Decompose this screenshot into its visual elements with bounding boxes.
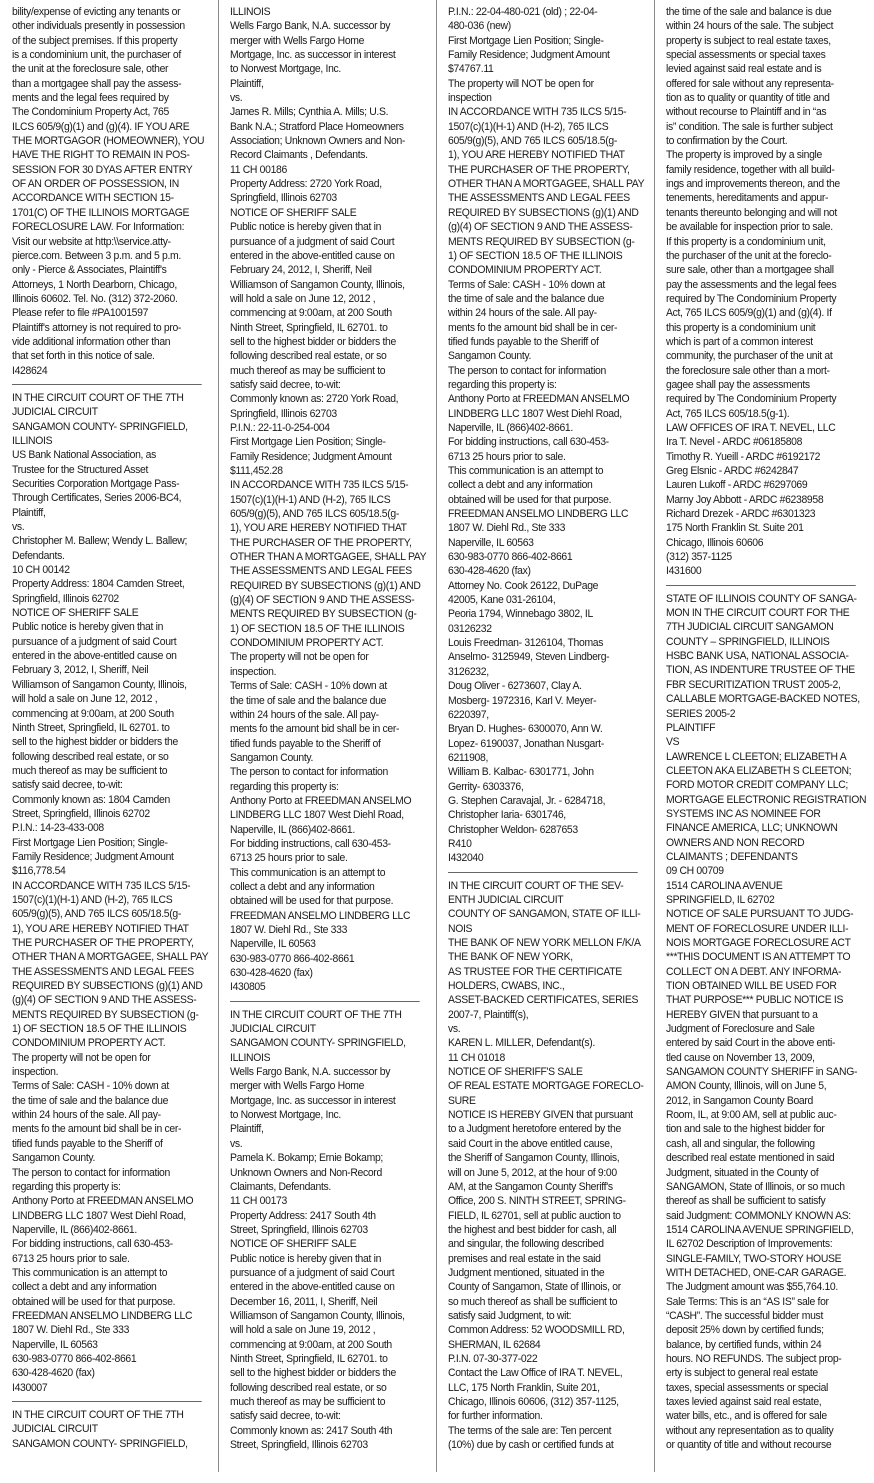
notice-text-line: pursuance of a judgment of said Court bbox=[230, 1266, 426, 1280]
notice-text-line: tified funds payable to the Sheriff of bbox=[230, 737, 426, 751]
notice-text-line: following described real estate, or so bbox=[230, 1381, 426, 1395]
notice-text-line: (312) 357-1125 bbox=[666, 550, 862, 564]
notice-text-line: ments and the legal fees required by bbox=[12, 91, 208, 105]
notice-text-line: IN THE CIRCUIT COURT OF THE 7TH bbox=[12, 1408, 208, 1422]
notice-text-line: 11 CH 00173 bbox=[230, 1194, 426, 1208]
notice-text-line: Securities Corporation Mortgage Pass- bbox=[12, 477, 208, 491]
notice-text-line: within 24 hours of the sale. All pay- bbox=[448, 306, 644, 320]
notice-text-line: For bidding instructions, call 630-453- bbox=[230, 837, 426, 851]
notice-text-line: cash, all and singular, the following bbox=[666, 1137, 862, 1151]
notice-text-line: FIELD, IL 62701, sell at public auction … bbox=[448, 1209, 644, 1223]
notice-text-line: Unknown Owners and Non-Record bbox=[230, 1166, 426, 1180]
notice-separator-rule bbox=[448, 872, 638, 873]
notice-text-line: which is part of a common interest bbox=[666, 335, 862, 349]
notice-text-line: $116,778.54 bbox=[12, 864, 208, 878]
notice-text-line: Street, Springfield, Illinois 62703 bbox=[230, 1223, 426, 1237]
notice-text-line: to Norwest Mortgage, Inc. bbox=[230, 1108, 426, 1122]
notice-text-line: Commonly known as: 1804 Camden bbox=[12, 793, 208, 807]
notice-text-line: MENTS REQUIRED BY SUBSECTION (g- bbox=[12, 1008, 208, 1022]
notice-text-line: only - Pierce & Associates, Plaintiff's bbox=[12, 263, 208, 277]
column-1: bility/expense of evicting any tenants o… bbox=[12, 5, 208, 1451]
notice-text-line: Sangamon County. bbox=[448, 349, 644, 363]
notice-text-line: pierce.com. Between 3 p.m. and 5 p.m. bbox=[12, 249, 208, 263]
notice-text-line: Defendants. bbox=[12, 549, 208, 563]
notice-text-line: SANGAMON, State of Illinois, or so much bbox=[666, 1180, 862, 1194]
notice-text-line: Plaintiff, bbox=[230, 1122, 426, 1136]
notice-text-line: Plaintiff, bbox=[12, 506, 208, 520]
notice-text-line: County of Sangamon, State of Illinois, o… bbox=[448, 1280, 644, 1294]
notice-text-line: Bryan D. Hughes- 6300070, Ann W. bbox=[448, 722, 644, 736]
column-4: the time of the sale and balance is duew… bbox=[666, 5, 862, 1452]
notice-text-line: Greg Elsnic - ARDC #6242847 bbox=[666, 464, 862, 478]
notice-text-line: Act, 765 ILCS 605/9(g)(1) and (g)(4). If bbox=[666, 306, 862, 320]
notice-text-line: IN THE CIRCUIT COURT OF THE SEV- bbox=[448, 879, 644, 893]
notice-text-line: Common Address: 52 WOODSMILL RD, bbox=[448, 1323, 644, 1337]
notice-text-line: For bidding instructions, call 630-453- bbox=[12, 1237, 208, 1251]
notice-text-line: 630-428-4620 (fax) bbox=[448, 564, 644, 578]
notice-text-line: IN THE CIRCUIT COURT OF THE 7TH bbox=[12, 391, 208, 405]
notice-text-line: Lopez- 6190037, Jonathan Nusgart- bbox=[448, 737, 644, 751]
notice-text-line: Naperville, IL (866)402-8661. bbox=[448, 421, 644, 435]
notice-text-line: 630-983-0770 866-402-8661 bbox=[448, 550, 644, 564]
notice-text-line: LAWRENCE L CLEETON; ELIZABETH A bbox=[666, 750, 862, 764]
notice-text-line: collect a debt and any information bbox=[12, 1280, 208, 1294]
notice-text-line: Sale Terms: This is an “AS IS” sale for bbox=[666, 1295, 862, 1309]
notice-text-line: following described real estate, or so bbox=[230, 349, 426, 363]
notice-text-line: December 16, 2011, I, Sheriff, Neil bbox=[230, 1295, 426, 1309]
notice-text-line: I430007 bbox=[12, 1381, 208, 1395]
notice-text-line: 11 CH 00186 bbox=[230, 163, 426, 177]
notice-text-line: LINDBERG LLC 1807 West Diehl Road, bbox=[448, 407, 644, 421]
notice-text-line: OTHER THAN A MORTGAGEE, SHALL PAY bbox=[230, 550, 426, 564]
notice-text-line: Christopher Weldon- 6287653 bbox=[448, 823, 644, 837]
notice-text-line: or quantity of title and without recours… bbox=[666, 1438, 862, 1452]
notice-text-line: Louis Freedman- 3126104, Thomas bbox=[448, 636, 644, 650]
notice-text-line: commencing at 9:00am, at 200 South bbox=[230, 1338, 426, 1352]
notice-text-line: SANGAMON COUNTY- SPRINGFIELD, bbox=[12, 420, 208, 434]
notice-text-line: HOLDERS, CWABS, INC., bbox=[448, 979, 644, 993]
notice-text-line: Doug Oliver - 6273607, Clay A. bbox=[448, 679, 644, 693]
notice-text-line: REQUIRED BY SUBSECTIONS (g)(1) AND bbox=[230, 579, 426, 593]
notice-text-line: THAT PURPOSE*** PUBLIC NOTICE IS bbox=[666, 993, 862, 1007]
notice-text-line: NOTICE OF SHERIFF SALE bbox=[230, 206, 426, 220]
notice-text-line: SANGAMON COUNTY- SPRINGFIELD, bbox=[12, 1437, 208, 1451]
notice-text-line: for further information. bbox=[448, 1409, 644, 1423]
notice-text-line: SANGAMON COUNTY- SPRINGFIELD, bbox=[230, 1036, 426, 1050]
notice-text-line: 480-036 (new) bbox=[448, 19, 644, 33]
notice-text-line: LAW OFFICES OF IRA T. NEVEL, LLC bbox=[666, 421, 862, 435]
notice-text-line: 1507(c)(1)(H-1) AND (H-2), 765 ILCS bbox=[230, 493, 426, 507]
notice-text-line: Anthony Porto at FREEDMAN ANSELMO bbox=[448, 392, 644, 406]
notice-text-line: 1807 W. Diehl Rd., Ste 333 bbox=[448, 521, 644, 535]
notice-text-line: P.I.N. 07-30-377-022 bbox=[448, 1352, 644, 1366]
notice-text-line: regarding this property is: bbox=[230, 780, 426, 794]
notice-text-line: satisfy said decree, to-wit: bbox=[230, 1409, 426, 1423]
notice-text-line: HEREBY GIVEN that pursuant to a bbox=[666, 1008, 862, 1022]
notice-text-line: the unit at the foreclosure sale, other bbox=[12, 62, 208, 76]
notice-text-line: Mortgage, Inc. as successor in interest bbox=[230, 48, 426, 62]
notice-text-line: Mortgage, Inc. as successor in interest bbox=[230, 1094, 426, 1108]
notice-text-line: 605/9(g)(5), AND 765 ILCS 605/18.5(g- bbox=[230, 507, 426, 521]
notice-text-line: gagee shall pay the assessments bbox=[666, 378, 862, 392]
notice-text-line: within 24 hours of the sale. All pay- bbox=[12, 1108, 208, 1122]
notice-text-line: IL 62702 Description of Improvements: bbox=[666, 1237, 862, 1251]
notice-text-line: satisfy said decree, to-wit: bbox=[230, 378, 426, 392]
notice-text-line: 6713 25 hours prior to sale. bbox=[230, 851, 426, 865]
notice-text-line: Chicago, Illinois 60606 bbox=[666, 536, 862, 550]
notice-text-line: to confirmation by the Court. bbox=[666, 134, 862, 148]
notice-text-line: Naperville, IL (866)402-8661. bbox=[230, 823, 426, 837]
legal-notices-page: bility/expense of evicting any tenants o… bbox=[0, 0, 874, 1483]
notice-text-line: Ninth Street, Springfield, IL 62701. to bbox=[12, 721, 208, 735]
notice-text-line: Attorney No. Cook 26122, DuPage bbox=[448, 579, 644, 593]
notice-text-line: Public notice is hereby given that in bbox=[12, 620, 208, 634]
notice-separator-rule bbox=[12, 1401, 202, 1402]
notice-text-line: THE PURCHASER OF THE PROPERTY, bbox=[448, 163, 644, 177]
notice-text-line: Plaintiff, bbox=[230, 77, 426, 91]
notice-text-line: Contact the Law Office of IRA T. NEVEL, bbox=[448, 1366, 644, 1380]
notice-text-line: CLEETON AKA ELIZABETH S CLEETON; bbox=[666, 764, 862, 778]
legal-notice: STATE OF ILLINOIS COUNTY OF SANGA-MON IN… bbox=[666, 592, 862, 1453]
notice-text-line: balance, by certified funds, within 24 bbox=[666, 1338, 862, 1352]
notice-text-line: tified funds payable to the Sheriff of bbox=[12, 1137, 208, 1151]
notice-text-line: The terms of the sale are: Ten percent bbox=[448, 1424, 644, 1438]
legal-notice: P.I.N.: 22-04-480-021 (old) ; 22-04-480-… bbox=[448, 5, 644, 866]
notice-text-line: 7TH JUDICIAL CIRCUIT SANGAMON bbox=[666, 620, 862, 634]
notice-text-line: THE BANK OF NEW YORK, bbox=[448, 950, 644, 964]
notice-text-line: NOTICE OF SALE PURSUANT TO JUDG- bbox=[666, 907, 862, 921]
notice-text-line: ings and improvements thereon, and the bbox=[666, 177, 862, 191]
notice-text-line: hours. NO REFUNDS. The subject prop- bbox=[666, 1352, 862, 1366]
notice-text-line: P.I.N.: 22-04-480-021 (old) ; 22-04- bbox=[448, 5, 644, 19]
notice-text-line: tled cause on November 13, 2009, bbox=[666, 1051, 862, 1065]
notice-text-line: 1), YOU ARE HEREBY NOTIFIED THAT bbox=[230, 521, 426, 535]
notice-text-line: the time of sale and the balance due bbox=[12, 1094, 208, 1108]
column-divider bbox=[218, 0, 219, 1472]
notice-text-line: Property Address: 1804 Camden Street, bbox=[12, 577, 208, 591]
notice-text-line: Williamson of Sangamon County, Illinois, bbox=[230, 278, 426, 292]
notice-text-line: entered in the above-entitled cause on bbox=[230, 1280, 426, 1294]
notice-text-line: Chicago, Illinois 60606, (312) 357-1125, bbox=[448, 1395, 644, 1409]
notice-text-line: This communication is an attempt to bbox=[230, 866, 426, 880]
notice-text-line: HAVE THE RIGHT TO REMAIN IN POS- bbox=[12, 148, 208, 162]
notice-text-line: Family Residence; Judgment Amount bbox=[12, 850, 208, 864]
notice-text-line: This communication is an attempt to bbox=[12, 1266, 208, 1280]
notice-text-line: AS TRUSTEE FOR THE CERTIFICATE bbox=[448, 965, 644, 979]
notice-separator-rule bbox=[12, 384, 202, 385]
notice-text-line: property is subject to real estate taxes… bbox=[666, 34, 862, 48]
notice-text-line: 605/9(g)(5), AND 765 ILCS 605/18.5(g- bbox=[12, 907, 208, 921]
notice-text-line: so much thereof as shall be sufficient t… bbox=[448, 1295, 644, 1309]
notice-text-line: February 3, 2012, I, Sheriff, Neil bbox=[12, 663, 208, 677]
notice-text-line: Property Address: 2417 South 4th bbox=[230, 1209, 426, 1223]
notice-text-line: (10%) due by cash or certified funds at bbox=[448, 1438, 644, 1452]
notice-text-line: SURE bbox=[448, 1094, 644, 1108]
notice-text-line: without any representation as to quality bbox=[666, 1424, 862, 1438]
notice-text-line: community, the purchaser of the unit at bbox=[666, 349, 862, 363]
notice-text-line: P.I.N.: 14-23-433-008 bbox=[12, 821, 208, 835]
notice-text-line: pursuance of a judgment of said Court bbox=[12, 635, 208, 649]
notice-text-line: 1701(C) OF THE ILLINOIS MORTGAGE bbox=[12, 206, 208, 220]
notice-text-line: much thereof as may be sufficient to bbox=[230, 364, 426, 378]
notice-text-line: AMON County, Illinois, will on June 5, bbox=[666, 1079, 862, 1093]
notice-text-line: 6713 25 hours prior to sale. bbox=[448, 450, 644, 464]
notice-text-line: 1514 CAROLINA AVENUE SPRINGFIELD, bbox=[666, 1223, 862, 1237]
notice-text-line: HSBC BANK USA, NATIONAL ASSOCIA- bbox=[666, 649, 862, 663]
notice-text-line: Terms of Sale: CASH - 10% down at bbox=[230, 679, 426, 693]
notice-text-line: February 24, 2012, I, Sheriff, Neil bbox=[230, 263, 426, 277]
notice-text-line: tion and sale to the highest bidder for bbox=[666, 1122, 862, 1136]
notice-text-line: PLAINTIFF bbox=[666, 721, 862, 735]
notice-text-line: Family Residence; Judgment Amount bbox=[230, 450, 426, 464]
notice-text-line: Through Certificates, Series 2006-BC4, bbox=[12, 491, 208, 505]
notice-text-line: inspection bbox=[448, 91, 644, 105]
notice-text-line: Anselmo- 3125949, Steven Lindberg- bbox=[448, 650, 644, 664]
notice-text-line: The Condominium Property Act, 765 bbox=[12, 105, 208, 119]
column-divider bbox=[436, 0, 437, 1472]
notice-text-line: THE ASSESSMENTS AND LEGAL FEES bbox=[230, 564, 426, 578]
notice-text-line: THE ASSESSMENTS AND LEGAL FEES bbox=[448, 191, 644, 205]
notice-text-line: 1) OF SECTION 18.5 OF THE ILLINOIS bbox=[12, 1022, 208, 1036]
notice-text-line: Judgment, situated in the County of bbox=[666, 1166, 862, 1180]
notice-text-line: the foreclosure sale other than a mort- bbox=[666, 364, 862, 378]
notice-text-line: The person to contact for information bbox=[12, 1166, 208, 1180]
notice-text-line: much thereof as may be sufficient to bbox=[230, 1395, 426, 1409]
notice-text-line: collect a debt and any information bbox=[448, 478, 644, 492]
notice-text-line: MENT OF FORECLOSURE UNDER ILLI- bbox=[666, 922, 862, 936]
legal-notice: IN THE CIRCUIT COURT OF THE 7THJUDICIAL … bbox=[12, 391, 208, 1395]
notice-text-line: ILLINOIS bbox=[230, 5, 426, 19]
notice-text-line: WITH DETACHED, ONE-CAR GARAGE. bbox=[666, 1266, 862, 1280]
notice-text-line: NOTICE OF SHERIFF'S SALE bbox=[448, 1065, 644, 1079]
notice-text-line: Richard Drezek - ARDC #6301323 bbox=[666, 507, 862, 521]
notice-text-line: JUDICIAL CIRCUIT bbox=[230, 1022, 426, 1036]
notice-text-line: than a mortgagee shall pay the assess- bbox=[12, 77, 208, 91]
notice-text-line: REQUIRED BY SUBSECTIONS (g)(1) AND bbox=[12, 979, 208, 993]
notice-text-line: THE BANK OF NEW YORK MELLON F/K/A bbox=[448, 936, 644, 950]
notice-text-line: First Mortgage Lien Position; Single- bbox=[448, 34, 644, 48]
notice-text-line: bility/expense of evicting any tenants o… bbox=[12, 5, 208, 19]
notice-text-line: Ira T. Nevel - ARDC #06185808 bbox=[666, 435, 862, 449]
notice-text-line: is a condominium unit, the purchaser of bbox=[12, 48, 208, 62]
notice-text-line: Naperville, IL 60563 bbox=[230, 937, 426, 951]
notice-text-line: taxes, special assessments or special bbox=[666, 1381, 862, 1395]
notice-text-line: following described real estate, or so bbox=[12, 750, 208, 764]
notice-text-line: P.I.N.: 22-11-0-254-004 bbox=[230, 421, 426, 435]
notice-text-line: TION, AS INDENTURE TRUSTEE OF THE bbox=[666, 663, 862, 677]
notice-text-line: MON IN THE CIRCUIT COURT FOR THE bbox=[666, 606, 862, 620]
notice-text-line: merger with Wells Fargo Home bbox=[230, 34, 426, 48]
notice-text-line: 1514 CAROLINA AVENUE bbox=[666, 879, 862, 893]
notice-text-line: regarding this property is: bbox=[12, 1180, 208, 1194]
notice-text-line: will hold a sale on June 12, 2012 , bbox=[230, 292, 426, 306]
notice-text-line: 630-983-0770 866-402-8661 bbox=[12, 1352, 208, 1366]
notice-text-line: will on June 5, 2012, at the hour of 9:0… bbox=[448, 1166, 644, 1180]
notice-text-line: much thereof as may be sufficient to bbox=[12, 764, 208, 778]
notice-text-line: regarding this property is: bbox=[448, 378, 644, 392]
notice-text-line: inspection. bbox=[230, 665, 426, 679]
notice-text-line: Lauren Lukoff - ARDC #6297069 bbox=[666, 478, 862, 492]
notice-text-line: described real estate mentioned in said bbox=[666, 1151, 862, 1165]
notice-text-line: Ninth Street, Springfield, IL 62701. to bbox=[230, 321, 426, 335]
legal-notice: the time of the sale and balance is duew… bbox=[666, 5, 862, 579]
notice-text-line: offered for sale without any representa- bbox=[666, 77, 862, 91]
notice-text-line: entered in the above-entitled cause on bbox=[12, 649, 208, 663]
notice-text-line: is” condition. The sale is further subje… bbox=[666, 120, 862, 134]
notice-text-line: to Norwest Mortgage, Inc. bbox=[230, 62, 426, 76]
notice-separator-rule bbox=[666, 585, 856, 586]
notice-text-line: merger with Wells Fargo Home bbox=[230, 1079, 426, 1093]
notice-text-line: ILCS 605/9(g)(1) and (g)(4). IF YOU ARE bbox=[12, 120, 208, 134]
notice-text-line: ments fo the amount bid shall be in cer- bbox=[230, 722, 426, 736]
notice-text-line: FBR SECURITIZATION TRUST 2005-2, bbox=[666, 678, 862, 692]
notice-text-line: vide additional information other than bbox=[12, 335, 208, 349]
notice-text-line: Peoria 1794, Winnebago 3802, IL bbox=[448, 607, 644, 621]
notice-text-line: The Judgment amount was $55,764.10. bbox=[666, 1280, 862, 1294]
notice-text-line: thereof as shall be sufficient to satisf… bbox=[666, 1194, 862, 1208]
notice-text-line: IN ACCORDANCE WITH 735 ILCS 5/15- bbox=[448, 105, 644, 119]
notice-text-line: SYSTEMS INC AS NOMINEE FOR bbox=[666, 807, 862, 821]
notice-text-line: without recourse to Plaintiff and in “as bbox=[666, 105, 862, 119]
notice-text-line: Record Claimants , Defendants. bbox=[230, 148, 426, 162]
notice-text-line: Public notice is hereby given that in bbox=[230, 1252, 426, 1266]
notice-text-line: THE PURCHASER OF THE PROPERTY, bbox=[230, 536, 426, 550]
notice-text-line: obtained will be used for that purpose. bbox=[12, 1295, 208, 1309]
notice-text-line: within 24 hours of the sale. The subject bbox=[666, 19, 862, 33]
notice-text-line: Timothy R. Yueill - ARDC #6192172 bbox=[666, 450, 862, 464]
notice-text-line: Please refer to file #PA1001597 bbox=[12, 306, 208, 320]
notice-text-line: 175 North Franklin St. Suite 201 bbox=[666, 521, 862, 535]
notice-text-line: Springfield, Illinois 62702 bbox=[12, 592, 208, 606]
notice-text-line: I430805 bbox=[230, 980, 426, 994]
notice-text-line: said Court in the above entitled cause, bbox=[448, 1137, 644, 1151]
column-2: ILLINOISWells Fargo Bank, N.A. successor… bbox=[230, 5, 426, 1452]
notice-text-line: IN THE CIRCUIT COURT OF THE 7TH bbox=[230, 1008, 426, 1022]
notice-text-line: 630-428-4620 (fax) bbox=[12, 1366, 208, 1380]
notice-text-line: Springfield, Illinois 62703 bbox=[230, 191, 426, 205]
notice-text-line: TION OBTAINED WILL BE USED FOR bbox=[666, 979, 862, 993]
notice-text-line: sell to the highest bidder or bidders th… bbox=[12, 735, 208, 749]
notice-text-line: 42005, Kane 031-26104, bbox=[448, 593, 644, 607]
notice-text-line: The property will not be open for bbox=[12, 1051, 208, 1065]
notice-text-line: Plaintiff's attorney is not required to … bbox=[12, 321, 208, 335]
notice-text-line: required by The Condominium Property bbox=[666, 292, 862, 306]
notice-text-line: entered in the above-entitled cause on bbox=[230, 249, 426, 263]
notice-text-line: William B. Kalbac- 6301771, John bbox=[448, 765, 644, 779]
notice-text-line: Family Residence; Judgment Amount bbox=[448, 48, 644, 62]
notice-text-line: Naperville, IL 60563 bbox=[12, 1338, 208, 1352]
notice-text-line: levied against said real estate and is bbox=[666, 62, 862, 76]
notice-text-line: the time of sale and the balance due bbox=[448, 292, 644, 306]
notice-text-line: SERIES 2005-2 bbox=[666, 707, 862, 721]
notice-text-line: James R. Mills; Cynthia A. Mills; U.S. bbox=[230, 105, 426, 119]
notice-text-line: (g)(4) OF SECTION 9 AND THE ASSESS- bbox=[448, 220, 644, 234]
notice-text-line: Mosberg- 1972316, Karl V. Meyer- bbox=[448, 694, 644, 708]
notice-text-line: MENTS REQUIRED BY SUBSECTION (g- bbox=[448, 235, 644, 249]
notice-text-line: CONDOMINIUM PROPERTY ACT. bbox=[12, 1036, 208, 1050]
notice-text-line: Marny Joy Abbott - ARDC #6238958 bbox=[666, 493, 862, 507]
notice-text-line: 1807 W. Diehl Rd., Ste 333 bbox=[12, 1323, 208, 1337]
notice-text-line: First Mortgage Lien Position; Single- bbox=[230, 435, 426, 449]
notice-text-line: SINGLE-FAMILY, TWO-STORY HOUSE bbox=[666, 1252, 862, 1266]
notice-text-line: Christopher Iaria- 6301746, bbox=[448, 808, 644, 822]
notice-text-line: required by The Condominium Property bbox=[666, 392, 862, 406]
notice-text-line: 2007-7, Plaintiff(s), bbox=[448, 1008, 644, 1022]
notice-text-line: 605/9(g)(5), AND 765 ILCS 605/18.5(g- bbox=[448, 134, 644, 148]
notice-text-line: taxes levied against said real estate, bbox=[666, 1395, 862, 1409]
notice-text-line: commencing at 9:00am, at 200 South bbox=[12, 707, 208, 721]
notice-text-line: of the subject premises. If this propert… bbox=[12, 34, 208, 48]
notice-text-line: LINDBERG LLC 1807 West Diehl Road, bbox=[230, 808, 426, 822]
notice-text-line: 1807 W. Diehl Rd., Ste 333 bbox=[230, 923, 426, 937]
notice-text-line: premises and real estate in the said bbox=[448, 1252, 644, 1266]
notice-text-line: 10 CH 00142 bbox=[12, 563, 208, 577]
notice-text-line: 6211908, bbox=[448, 751, 644, 765]
notice-text-line: the purchaser of the unit at the foreclo… bbox=[666, 249, 862, 263]
notice-text-line: other individuals presently in possessio… bbox=[12, 19, 208, 33]
notice-text-line: THE PURCHASER OF THE PROPERTY, bbox=[12, 936, 208, 950]
notice-text-line: erty is subject to general real estate bbox=[666, 1366, 862, 1380]
notice-text-line: will hold a sale on June 19, 2012 , bbox=[230, 1323, 426, 1337]
notice-text-line: The person to contact for information bbox=[448, 364, 644, 378]
notice-text-line: Street, Springfield, Illinois 62702 bbox=[12, 807, 208, 821]
notice-text-line: (g)(4) OF SECTION 9 AND THE ASSESS- bbox=[230, 593, 426, 607]
notice-text-line: This communication is an attempt to bbox=[448, 464, 644, 478]
notice-text-line: will hold a sale on June 12, 2012 , bbox=[12, 692, 208, 706]
notice-text-line: said Judgment: COMMONLY KNOWN AS: bbox=[666, 1209, 862, 1223]
notice-text-line: tion as to quality or quantity of title … bbox=[666, 91, 862, 105]
notice-text-line: OF AN ORDER OF POSSESSION, IN bbox=[12, 177, 208, 191]
notice-text-line: LLC, 175 North Franklin, Suite 201, bbox=[448, 1381, 644, 1395]
notice-text-line: Sangamon County. bbox=[12, 1151, 208, 1165]
notice-text-line: within 24 hours of the sale. All pay- bbox=[230, 708, 426, 722]
notice-text-line: MENTS REQUIRED BY SUBSECTION (g- bbox=[230, 607, 426, 621]
notice-text-line: R410 bbox=[448, 837, 644, 851]
notice-text-line: The property will NOT be open for bbox=[448, 77, 644, 91]
notice-text-line: $74767.11 bbox=[448, 62, 644, 76]
notice-text-line: that set forth in this notice of sale. bbox=[12, 349, 208, 363]
notice-text-line: OF REAL ESTATE MORTGAGE FORECLO- bbox=[448, 1079, 644, 1093]
notice-text-line: Judgment mentioned, situated in the bbox=[448, 1266, 644, 1280]
notice-text-line: tenements, hereditaments and appur- bbox=[666, 191, 862, 205]
notice-text-line: sure sale, other than a mortgagee shall bbox=[666, 263, 862, 277]
notice-text-line: FREEDMAN ANSELMO LINDBERG LLC bbox=[448, 507, 644, 521]
notice-text-line: Anthony Porto at FREEDMAN ANSELMO bbox=[12, 1194, 208, 1208]
notice-text-line: water bills, etc., and is offered for sa… bbox=[666, 1409, 862, 1423]
notice-text-line: Anthony Porto at FREEDMAN ANSELMO bbox=[230, 794, 426, 808]
notice-text-line: COUNTY OF SANGAMON, STATE OF ILLI- bbox=[448, 907, 644, 921]
notice-text-line: US Bank National Association, as bbox=[12, 448, 208, 462]
notice-text-line: entered by said Court in the above enti- bbox=[666, 1036, 862, 1050]
notice-text-line: 3126232, bbox=[448, 665, 644, 679]
legal-notice: IN THE CIRCUIT COURT OF THE 7THJUDICIAL … bbox=[230, 1008, 426, 1453]
notice-text-line: Attorneys, 1 North Dearborn, Chicago, bbox=[12, 278, 208, 292]
notice-text-line: Williamson of Sangamon County, Illinois, bbox=[230, 1309, 426, 1323]
notice-text-line: Christopher M. Ballew; Wendy L. Ballew; bbox=[12, 534, 208, 548]
notice-text-line: SANGAMON COUNTY SHERIFF in SANG- bbox=[666, 1065, 862, 1079]
notice-text-line: the Sheriff of Sangamon County, Illinois… bbox=[448, 1151, 644, 1165]
notice-text-line: vs. bbox=[230, 1137, 426, 1151]
notice-text-line: NOTICE OF SHERIFF SALE bbox=[230, 1237, 426, 1251]
notice-text-line: the time of sale and the balance due bbox=[230, 694, 426, 708]
notice-text-line: the time of the sale and balance is due bbox=[666, 5, 862, 19]
notice-text-line: Bank N.A.; Stratford Place Homeowners bbox=[230, 120, 426, 134]
notice-text-line: Pamela K. Bokamp; Ernie Bokamp; bbox=[230, 1151, 426, 1165]
notice-text-line: The person to contact for information bbox=[230, 765, 426, 779]
notice-text-line: Street, Springfield, Illinois 62703 bbox=[230, 1438, 426, 1452]
notice-text-line: 2012, in Sangamon County Board bbox=[666, 1094, 862, 1108]
notice-text-line: Ninth Street, Springfield, IL 62701. to bbox=[230, 1352, 426, 1366]
